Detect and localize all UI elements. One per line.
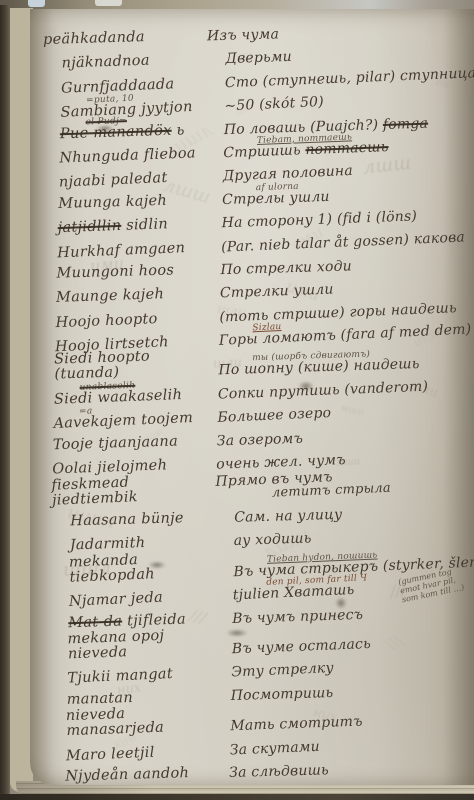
entry-left-word: nieveda manasarjeda xyxy=(66,706,165,739)
manuscript-page: iiiiшли///лшшмшинихимишшлiiiiшли///лшшмш… xyxy=(30,9,474,785)
entry-right-cell: За слѣдвишь xyxy=(229,759,474,781)
entry-left-text: Siedi hoopto (tuanda) xyxy=(54,348,213,383)
top-edge-blue-tab xyxy=(28,0,45,7)
entry-right-word: За слѣдвишь xyxy=(229,762,329,781)
entry-left-text: Njydeån aandoh xyxy=(65,765,223,785)
entry-left-word: mekana opoj nieveda xyxy=(67,628,164,663)
entry-left-word: tjifleida xyxy=(127,611,186,629)
entry-left-word: Maunge kajeh xyxy=(56,287,165,307)
entry-left-word: ь xyxy=(176,122,185,138)
entry-left-cell: Njydeån aandoh xyxy=(57,765,223,785)
entry-left-word: njäknadnoa xyxy=(61,53,150,72)
entry-left-text: nieveda manasarjeda xyxy=(66,704,225,740)
entry-left-cell: Siedi hoopto (tuanda) xyxy=(49,348,213,384)
entry-right-text: За слѣдвишь xyxy=(229,759,474,781)
top-edge-light-tab xyxy=(95,0,122,6)
entry-left-word: mekanda tiebkopdah xyxy=(69,552,156,586)
entry-left-struck-text: Mat-da xyxy=(68,613,122,631)
entry-left-word: Njydeån aandoh xyxy=(65,765,189,784)
book-spine xyxy=(0,5,10,797)
manuscript-lines: peähkadandaИзъ чумаnjäknadnoaДверьмиGurn… xyxy=(43,15,474,787)
notebook-photo: iiiiшли///лшшмшинихимишшлiiiiшли///лшшмш… xyxy=(0,0,474,800)
entry-left-word: sidlin xyxy=(126,217,168,234)
entry-left-word: Siedi hoopto (tuanda) xyxy=(54,349,150,383)
book-bottom-edge xyxy=(0,794,474,800)
entry-left-struck-text: jatjidllin xyxy=(57,218,121,236)
entry-left-cell: nieveda manasarjeda xyxy=(56,704,225,740)
